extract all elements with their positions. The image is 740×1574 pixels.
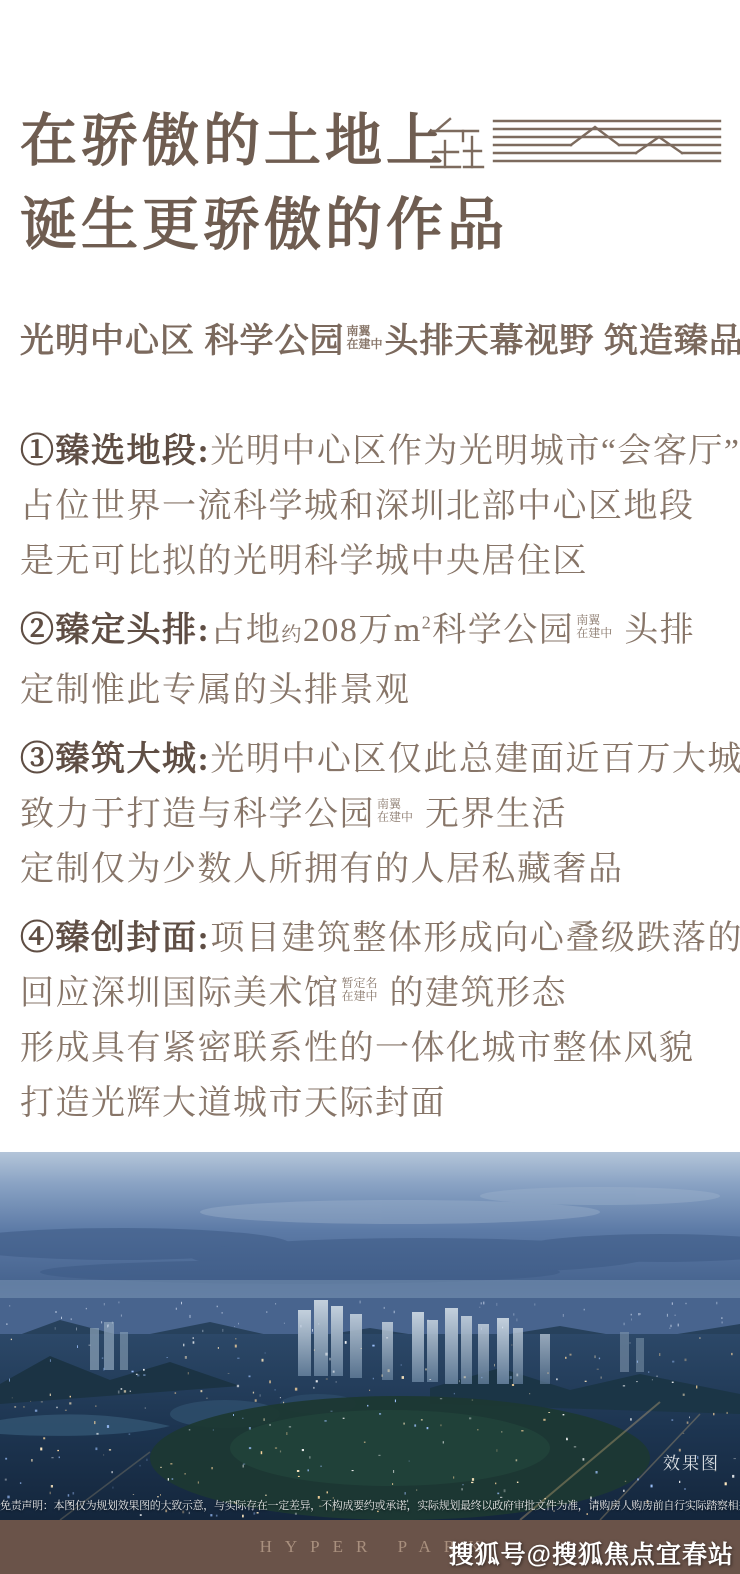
paragraph-line: 占位世界一流科学城和深圳北部中心区地段	[20, 479, 720, 534]
watermark: 搜狐号@搜狐焦点宜春站	[449, 1535, 734, 1571]
text-segment: 形成具有紧密联系性的一体化城市整体风貌	[20, 1030, 695, 1067]
paragraph-lead: ③臻筑大城:	[20, 741, 210, 778]
text-segment: 头排	[614, 612, 695, 649]
paragraph-line: 形成具有紧密联系性的一体化城市整体风貌	[20, 1021, 720, 1076]
text-segment: 回应深圳国际美术馆	[20, 975, 340, 1012]
paragraph-line: ④臻创封面:项目建筑整体形成向心叠级跌落的天际线	[20, 911, 720, 966]
text-segment: 光明中心区仅此总建面近百万大城	[210, 741, 740, 778]
text-segment: 的建筑形态	[380, 975, 568, 1012]
text-segment: 是无可比拟的光明科学城中央居住区	[20, 543, 588, 580]
header: 在骄傲的土地上 诞生更骄傲的作品	[0, 0, 740, 268]
text-segment: 科学公园	[432, 612, 574, 649]
paragraph-line: 回应深圳国际美术馆暂定名在建中 的建筑形态	[20, 966, 720, 1021]
paragraph: ③臻筑大城:光明中心区仅此总建面近百万大城致力于打造与科学公园南翼在建中 无界生…	[20, 732, 720, 897]
text-segment: 占位世界一流科学城和深圳北部中心区地段	[20, 488, 695, 525]
paragraph-line: 定制惟此专属的头排景观	[20, 663, 720, 718]
small-text: 约	[281, 624, 303, 646]
stacked-note: 南翼在建中	[576, 614, 612, 640]
text-segment: 定制惟此专属的头排景观	[20, 672, 411, 709]
page: 在骄傲的土地上 诞生更骄傲的作品	[0, 0, 740, 1574]
text-segment: 头排天幕视野 筑造臻品	[385, 323, 740, 360]
paragraph: ②臻定头排:占地约208万m2科学公园南翼在建中 头排定制惟此专属的头排景观	[20, 603, 720, 718]
paragraph-line: 是无可比拟的光明科学城中央居住区	[20, 534, 720, 589]
text-segment: 项目建筑整体形成向心叠级跌落的天际线	[210, 920, 740, 957]
render-label: 效果图	[663, 1449, 720, 1474]
text-segment: 致力于打造与科学公园	[20, 796, 375, 833]
subtitle: 光明中心区 科学公园南翼在建中头排天幕视野 筑造臻品	[20, 318, 720, 366]
paragraph-line: 致力于打造与科学公园南翼在建中 无界生活	[20, 787, 720, 842]
stacked-note: 暂定名在建中	[342, 977, 378, 1003]
brand-logo-icon	[430, 114, 722, 176]
cityscape-illustration	[0, 1152, 740, 1520]
paragraph-line: ②臻定头排:占地约208万m2科学公园南翼在建中 头排	[20, 603, 720, 663]
disclaimer: 免责声明：本图仅为规划效果图的大致示意，与实际存在一定差异，不构成要约或承诺，实…	[0, 1497, 740, 1513]
text-segment: 打造光辉大道城市天际封面	[20, 1085, 446, 1122]
paragraph-line: 定制仅为少数人所拥有的人居私藏奢品	[20, 842, 720, 897]
text-segment: 无界生活	[415, 796, 567, 833]
paragraph-line: ③臻筑大城:光明中心区仅此总建面近百万大城	[20, 732, 720, 787]
body-paragraphs: ①臻选地段:光明中心区作为光明城市“会客厅”占位世界一流科学城和深圳北部中心区地…	[20, 424, 720, 1131]
text-segment: 208万m	[303, 612, 422, 649]
superscript: 2	[422, 613, 433, 633]
headline-line2: 诞生更骄傲的作品	[20, 184, 720, 268]
paragraph-lead: ②臻定头排:	[20, 612, 210, 649]
paragraph: ④臻创封面:项目建筑整体形成向心叠级跌落的天际线回应深圳国际美术馆暂定名在建中 …	[20, 911, 720, 1131]
render-image: 效果图 免责声明：本图仅为规划效果图的大致示意，与实际存在一定差异，不构成要约或…	[0, 1152, 740, 1520]
paragraph: ①臻选地段:光明中心区作为光明城市“会客厅”占位世界一流科学城和深圳北部中心区地…	[20, 424, 720, 589]
paragraph-lead: ①臻选地段:	[20, 433, 210, 470]
stacked-note: 南翼在建中	[377, 798, 413, 824]
text-segment: 占地	[210, 612, 281, 649]
paragraph-lead: ④臻创封面:	[20, 920, 210, 957]
paragraph-line: ①臻选地段:光明中心区作为光明城市“会客厅”	[20, 424, 720, 479]
paragraph-line: 打造光辉大道城市天际封面	[20, 1076, 720, 1131]
text-segment: 光明中心区作为光明城市“会客厅”	[210, 433, 740, 470]
text-segment: 定制仅为少数人所拥有的人居私藏奢品	[20, 851, 624, 888]
stacked-note: 南翼在建中	[347, 325, 383, 351]
text-segment: 光明中心区 科学公园	[20, 323, 345, 360]
